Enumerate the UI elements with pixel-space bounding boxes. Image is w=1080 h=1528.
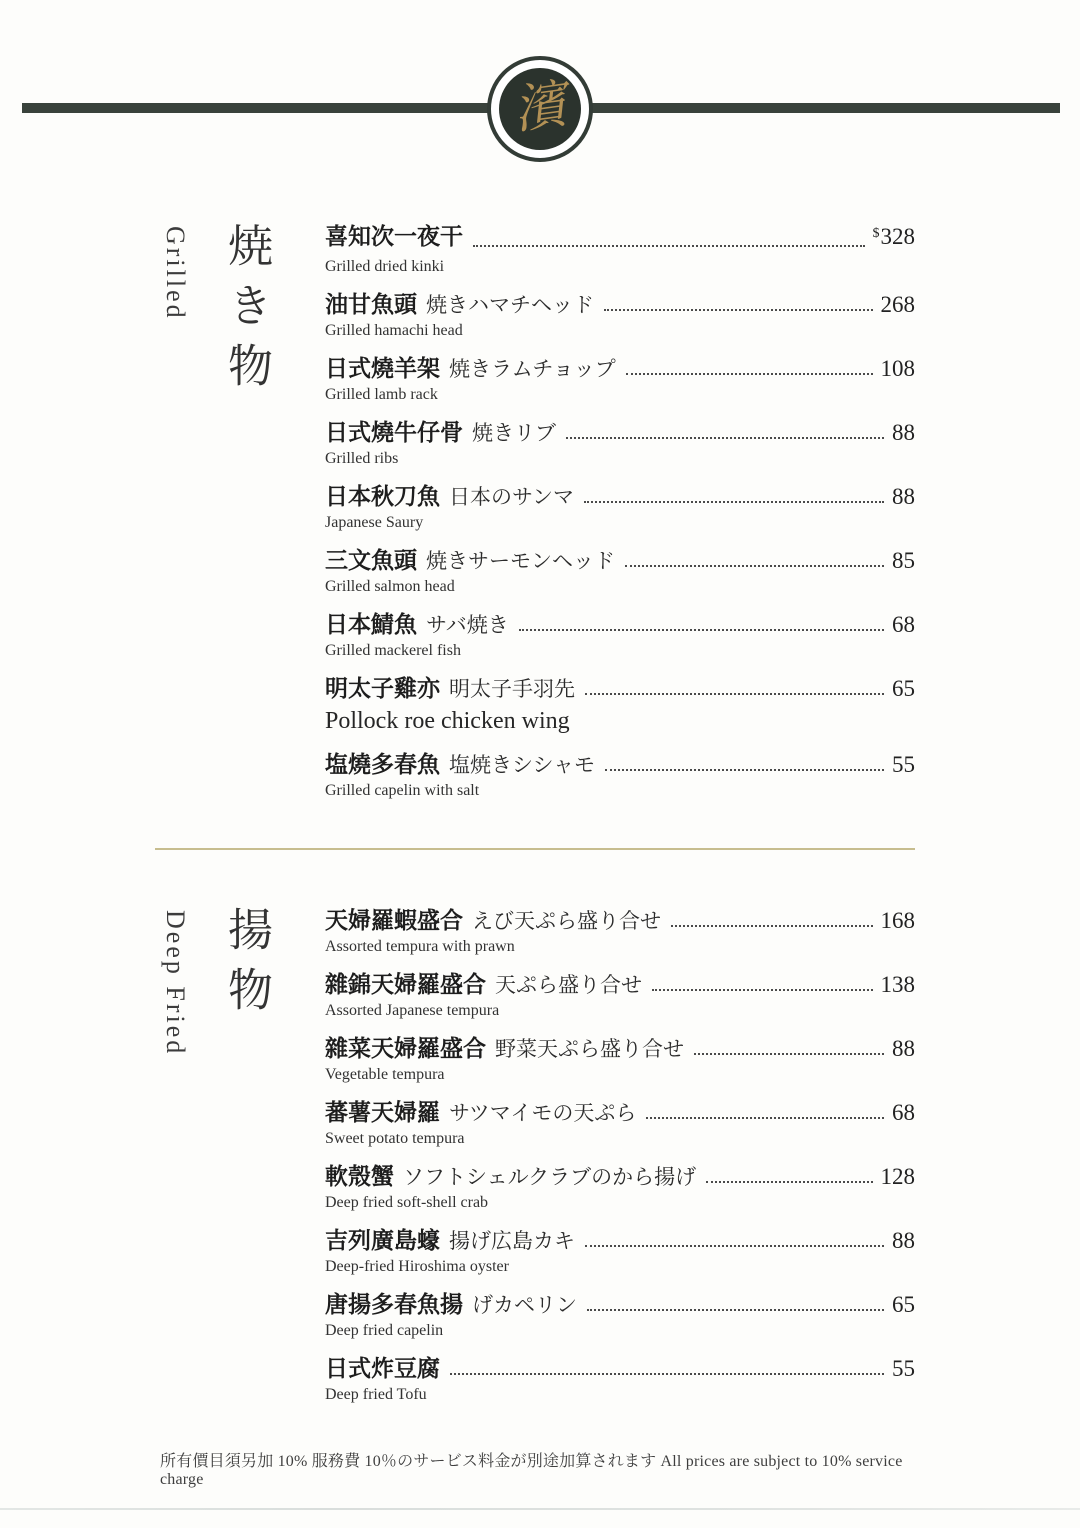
item-subtitle: Vegetable tempura: [325, 1065, 915, 1085]
menu-item: 油甘魚頭焼きハマチヘッド268Grilled hamachi head: [325, 290, 915, 341]
item-line: 日式燒牛仔骨焼きリブ88: [325, 418, 915, 448]
item-line: 蕃薯天婦羅サツマイモの天ぷら68: [325, 1098, 915, 1128]
menu-item: 雜錦天婦羅盛合天ぷら盛り合せ138Assorted Japanese tempu…: [325, 970, 915, 1021]
page-header: 濱: [0, 0, 1080, 180]
price-value: 328: [881, 224, 916, 249]
item-name-ja: 日本のサンマ: [449, 482, 574, 512]
item-subtitle: Pollock roe chicken wing: [325, 705, 915, 737]
item-subtitle: Assorted tempura with prawn: [325, 937, 915, 957]
section-title-en: Grilled: [160, 226, 190, 814]
menu-item: 天婦羅蝦盛合えび天ぷら盛り合せ168Assorted tempura with …: [325, 906, 915, 957]
item-subtitle: Grilled salmon head: [325, 577, 915, 597]
item-line: 雜菜天婦羅盛合野菜天ぷら盛り合せ88: [325, 1034, 915, 1064]
menu-content: Grilled 焼き物 喜知次一夜干$328Grilled dried kink…: [160, 222, 915, 1418]
item-price: 88: [892, 1226, 915, 1256]
menu-item: 唐揚多春魚揚げカペリン65Deep fried capelin: [325, 1290, 915, 1341]
item-price: 268: [881, 290, 916, 320]
section-title-cjk: 揚物: [214, 906, 279, 1418]
menu-page: { "logo": { "character": "濱" }, "section…: [0, 0, 1080, 1528]
item-subtitle: Deep-fried Hiroshima oyster: [325, 1257, 915, 1277]
dotted-leader: [584, 501, 884, 503]
item-name-ja: 焼きサーモンヘッド: [426, 546, 615, 576]
dotted-leader: [585, 693, 884, 695]
item-name-zh: 軟殼蟹: [325, 1162, 394, 1192]
price-value: 88: [892, 484, 915, 509]
price-value: 168: [881, 908, 916, 933]
item-name-ja: 天ぷら盛り合せ: [495, 970, 642, 1000]
menu-item: 吉列廣島蠔揚げ広島カキ88Deep-fried Hiroshima oyster: [325, 1226, 915, 1277]
item-name-ja: 焼きラムチョップ: [449, 354, 616, 384]
price-value: 65: [892, 1292, 915, 1317]
item-list: 喜知次一夜干$328Grilled dried kinki油甘魚頭焼きハマチヘッ…: [325, 222, 915, 814]
item-name-ja: サツマイモの天ぷら: [449, 1098, 636, 1128]
menu-item: 軟殼蟹ソフトシェルクラブのから揚げ128Deep fried soft-shel…: [325, 1162, 915, 1213]
price-value: 65: [892, 676, 915, 701]
item-name-zh: 日式燒牛仔骨: [325, 418, 463, 448]
item-name-zh: 雜錦天婦羅盛合: [325, 970, 486, 1000]
item-list: 天婦羅蝦盛合えび天ぷら盛り合せ168Assorted tempura with …: [325, 906, 915, 1418]
item-price: 55: [892, 750, 915, 780]
dotted-leader: [626, 373, 873, 375]
item-line: 塩燒多春魚塩焼きシシャモ55: [325, 750, 915, 780]
item-line: 吉列廣島蠔揚げ広島カキ88: [325, 1226, 915, 1256]
menu-item: 日式燒牛仔骨焼きリブ88Grilled ribs: [325, 418, 915, 469]
price-value: 108: [881, 356, 916, 381]
section-grilled: Grilled 焼き物 喜知次一夜干$328Grilled dried kink…: [160, 222, 915, 814]
dotted-leader: [646, 1117, 884, 1119]
price-value: 68: [892, 1100, 915, 1125]
item-subtitle: Deep fried capelin: [325, 1321, 915, 1341]
item-name-ja: 野菜天ぷら盛り合せ: [495, 1034, 684, 1064]
item-subtitle: Sweet potato tempura: [325, 1129, 915, 1149]
item-line: 天婦羅蝦盛合えび天ぷら盛り合せ168: [325, 906, 915, 936]
price-value: 88: [892, 420, 915, 445]
item-subtitle: Grilled capelin with salt: [325, 781, 915, 801]
item-name-ja: サバ焼き: [426, 610, 509, 640]
item-price: $328: [873, 222, 916, 256]
item-name-zh: 日本秋刀魚: [325, 482, 440, 512]
item-price: 68: [892, 610, 915, 640]
restaurant-logo: 濱: [487, 56, 593, 162]
dotted-leader: [450, 1373, 884, 1375]
item-line: 油甘魚頭焼きハマチヘッド268: [325, 290, 915, 320]
item-line: 軟殼蟹ソフトシェルクラブのから揚げ128: [325, 1162, 915, 1192]
item-price: 108: [881, 354, 916, 384]
item-price: 65: [892, 1290, 915, 1320]
item-name-zh: 吉列廣島蠔: [325, 1226, 440, 1256]
section-title-cjk: 焼き物: [214, 222, 279, 814]
item-subtitle: Grilled hamachi head: [325, 321, 915, 341]
menu-item: 塩燒多春魚塩焼きシシャモ55Grilled capelin with salt: [325, 750, 915, 801]
menu-item: 雜菜天婦羅盛合野菜天ぷら盛り合せ88Vegetable tempura: [325, 1034, 915, 1085]
item-name-zh: 日本鯖魚: [325, 610, 417, 640]
item-price: 88: [892, 482, 915, 512]
dotted-leader: [587, 1309, 884, 1311]
dotted-leader: [671, 925, 873, 927]
menu-item: 日本秋刀魚日本のサンマ88Japanese Saury: [325, 482, 915, 533]
item-subtitle: Grilled dried kinki: [325, 257, 915, 277]
item-name-ja: えび天ぷら盛り合せ: [472, 906, 661, 936]
item-line: 三文魚頭焼きサーモンヘッド85: [325, 546, 915, 576]
section-divider: [155, 848, 915, 850]
item-name-ja: げカペリン: [472, 1290, 577, 1320]
menu-item: 日式燒羊架焼きラムチョップ108Grilled lamb rack: [325, 354, 915, 405]
service-charge-note: 所有價目須另加 10% 服務費 10％のサービス料金が別途加算されます All …: [160, 1448, 920, 1489]
item-name-ja: ソフトシェルクラブのから揚げ: [403, 1162, 696, 1192]
item-name-zh: 三文魚頭: [325, 546, 417, 576]
menu-item: 蕃薯天婦羅サツマイモの天ぷら68Sweet potato tempura: [325, 1098, 915, 1149]
item-name-zh: 日式燒羊架: [325, 354, 440, 384]
item-subtitle: Grilled ribs: [325, 449, 915, 469]
dotted-leader: [652, 989, 873, 991]
dotted-leader: [694, 1053, 884, 1055]
section-header: Grilled 焼き物: [160, 222, 325, 814]
item-line: 喜知次一夜干$328: [325, 222, 915, 256]
item-price: 88: [892, 418, 915, 448]
item-line: 唐揚多春魚揚げカペリン65: [325, 1290, 915, 1320]
price-value: 88: [892, 1228, 915, 1253]
item-price: 168: [881, 906, 916, 936]
dotted-leader: [519, 629, 884, 631]
item-subtitle: Grilled mackerel fish: [325, 641, 915, 661]
item-line: 雜錦天婦羅盛合天ぷら盛り合せ138: [325, 970, 915, 1000]
menu-item: 明太子雞亦明太子手羽先65Pollock roe chicken wing: [325, 674, 915, 737]
section-header: Deep Fried 揚物: [160, 906, 325, 1418]
item-name-zh: 塩燒多春魚: [325, 750, 440, 780]
dotted-leader: [605, 769, 884, 771]
menu-item: 三文魚頭焼きサーモンヘッド85Grilled salmon head: [325, 546, 915, 597]
menu-item: 日本鯖魚サバ焼き68Grilled mackerel fish: [325, 610, 915, 661]
item-name-ja: 焼きハマチヘッド: [426, 290, 594, 320]
section-title-en: Deep Fried: [160, 910, 190, 1418]
dotted-leader: [566, 437, 884, 439]
page-bottom-edge: [0, 1508, 1080, 1510]
dotted-leader: [473, 245, 865, 247]
item-name-zh: 天婦羅蝦盛合: [325, 906, 463, 936]
item-line: 日式燒羊架焼きラムチョップ108: [325, 354, 915, 384]
item-name-ja: 揚げ広島カキ: [449, 1226, 575, 1256]
item-name-ja: 焼きリブ: [472, 418, 556, 448]
item-name-zh: 唐揚多春魚揚: [325, 1290, 463, 1320]
item-name-zh: 雜菜天婦羅盛合: [325, 1034, 486, 1064]
item-name-ja: 塩焼きシシャモ: [449, 750, 595, 780]
item-name-ja: 明太子手羽先: [449, 674, 575, 704]
item-price: 65: [892, 674, 915, 704]
item-subtitle: Grilled lamb rack: [325, 385, 915, 405]
item-subtitle: Assorted Japanese tempura: [325, 1001, 915, 1021]
price-value: 55: [892, 752, 915, 777]
item-name-zh: 油甘魚頭: [325, 290, 417, 320]
menu-item: 喜知次一夜干$328Grilled dried kinki: [325, 222, 915, 277]
price-value: 55: [892, 1356, 915, 1381]
item-line: 日式炸豆腐55: [325, 1354, 915, 1384]
item-price: 85: [892, 546, 915, 576]
item-price: 88: [892, 1034, 915, 1064]
item-price: 128: [881, 1162, 916, 1192]
item-line: 明太子雞亦明太子手羽先65: [325, 674, 915, 704]
item-price: 138: [881, 970, 916, 1000]
item-price: 68: [892, 1098, 915, 1128]
price-value: 138: [881, 972, 916, 997]
dotted-leader: [625, 565, 884, 567]
item-name-zh: 日式炸豆腐: [325, 1354, 440, 1384]
item-subtitle: Deep fried soft-shell crab: [325, 1193, 915, 1213]
logo-circle: 濱: [499, 68, 581, 150]
price-value: 85: [892, 548, 915, 573]
item-price: 55: [892, 1354, 915, 1384]
item-line: 日本秋刀魚日本のサンマ88: [325, 482, 915, 512]
menu-item: 日式炸豆腐55Deep fried Tofu: [325, 1354, 915, 1405]
item-subtitle: Japanese Saury: [325, 513, 915, 533]
dotted-leader: [585, 1245, 884, 1247]
dotted-leader: [604, 309, 873, 311]
price-value: 128: [881, 1164, 916, 1189]
item-name-zh: 明太子雞亦: [325, 674, 440, 704]
item-name-zh: 喜知次一夜干: [325, 222, 463, 252]
dotted-leader: [706, 1181, 872, 1183]
price-value: 88: [892, 1036, 915, 1061]
price-value: 268: [881, 292, 916, 317]
section-deep-fried: Deep Fried 揚物 天婦羅蝦盛合えび天ぷら盛り合せ168Assorted…: [160, 906, 915, 1418]
item-line: 日本鯖魚サバ焼き68: [325, 610, 915, 640]
item-name-zh: 蕃薯天婦羅: [325, 1098, 440, 1128]
currency-symbol: $: [873, 226, 880, 241]
logo-character: 濱: [511, 80, 570, 139]
item-subtitle: Deep fried Tofu: [325, 1385, 915, 1405]
price-value: 68: [892, 612, 915, 637]
